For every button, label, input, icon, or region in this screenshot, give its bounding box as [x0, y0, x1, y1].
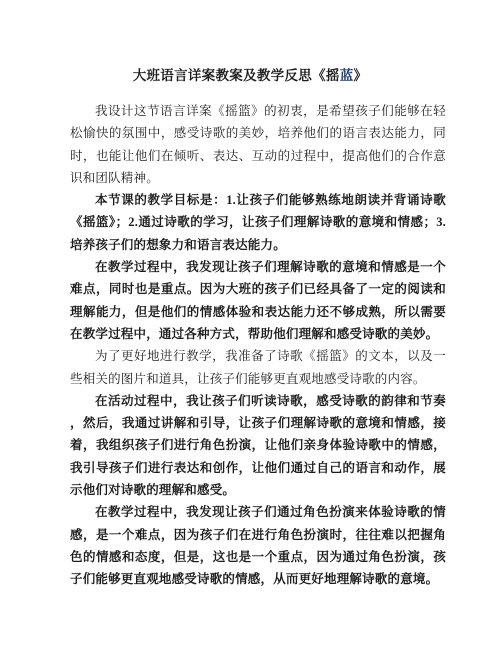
paragraph-preparation: 为了更好地进行教学，我准备了诗歌《摇篮》的文本，以及一些相关的图片和道具，让孩子… [70, 345, 446, 390]
paragraph-reflection: 在教学过程中，我发现让孩子们通过角色扮演来体验诗歌的情感，是一个难点，因为孩子们… [70, 501, 446, 590]
page-title-highlight: 蓝 [340, 68, 354, 83]
paragraph-teaching-goals: 本节课的教学目标是：1.让孩子们能够熟练地朗读并背诵诗歌《摇篮》；2.通过诗歌的… [70, 189, 446, 256]
page-title: 大班语言详案教案及教学反思《摇蓝》 [0, 64, 500, 84]
paragraph-difficulty-focus: 在教学过程中，我发现让孩子们理解诗歌的意境和情感是一个难点，同时也是重点。因为大… [70, 256, 446, 345]
document-page: 大班语言详案教案及教学反思《摇蓝》 我设计这节语言详案《摇篮》的初衷，是希望孩子… [0, 0, 500, 647]
document-body: 我设计这节语言详案《摇篮》的初衷，是希望孩子们能够在轻松愉快的氛围中，感受诗歌的… [70, 100, 446, 591]
page-title-text: 大班语言详案教案及教学反思《摇 [133, 68, 340, 83]
page-title-suffix: 》 [354, 68, 368, 83]
paragraph-intro: 我设计这节语言详案《摇篮》的初衷，是希望孩子们能够在轻松愉快的氛围中，感受诗歌的… [70, 100, 446, 189]
paragraph-activity-process: 在活动过程中，我让孩子们听读诗歌，感受诗歌的韵律和节奏，然后，我通过讲解和引导，… [70, 390, 446, 501]
